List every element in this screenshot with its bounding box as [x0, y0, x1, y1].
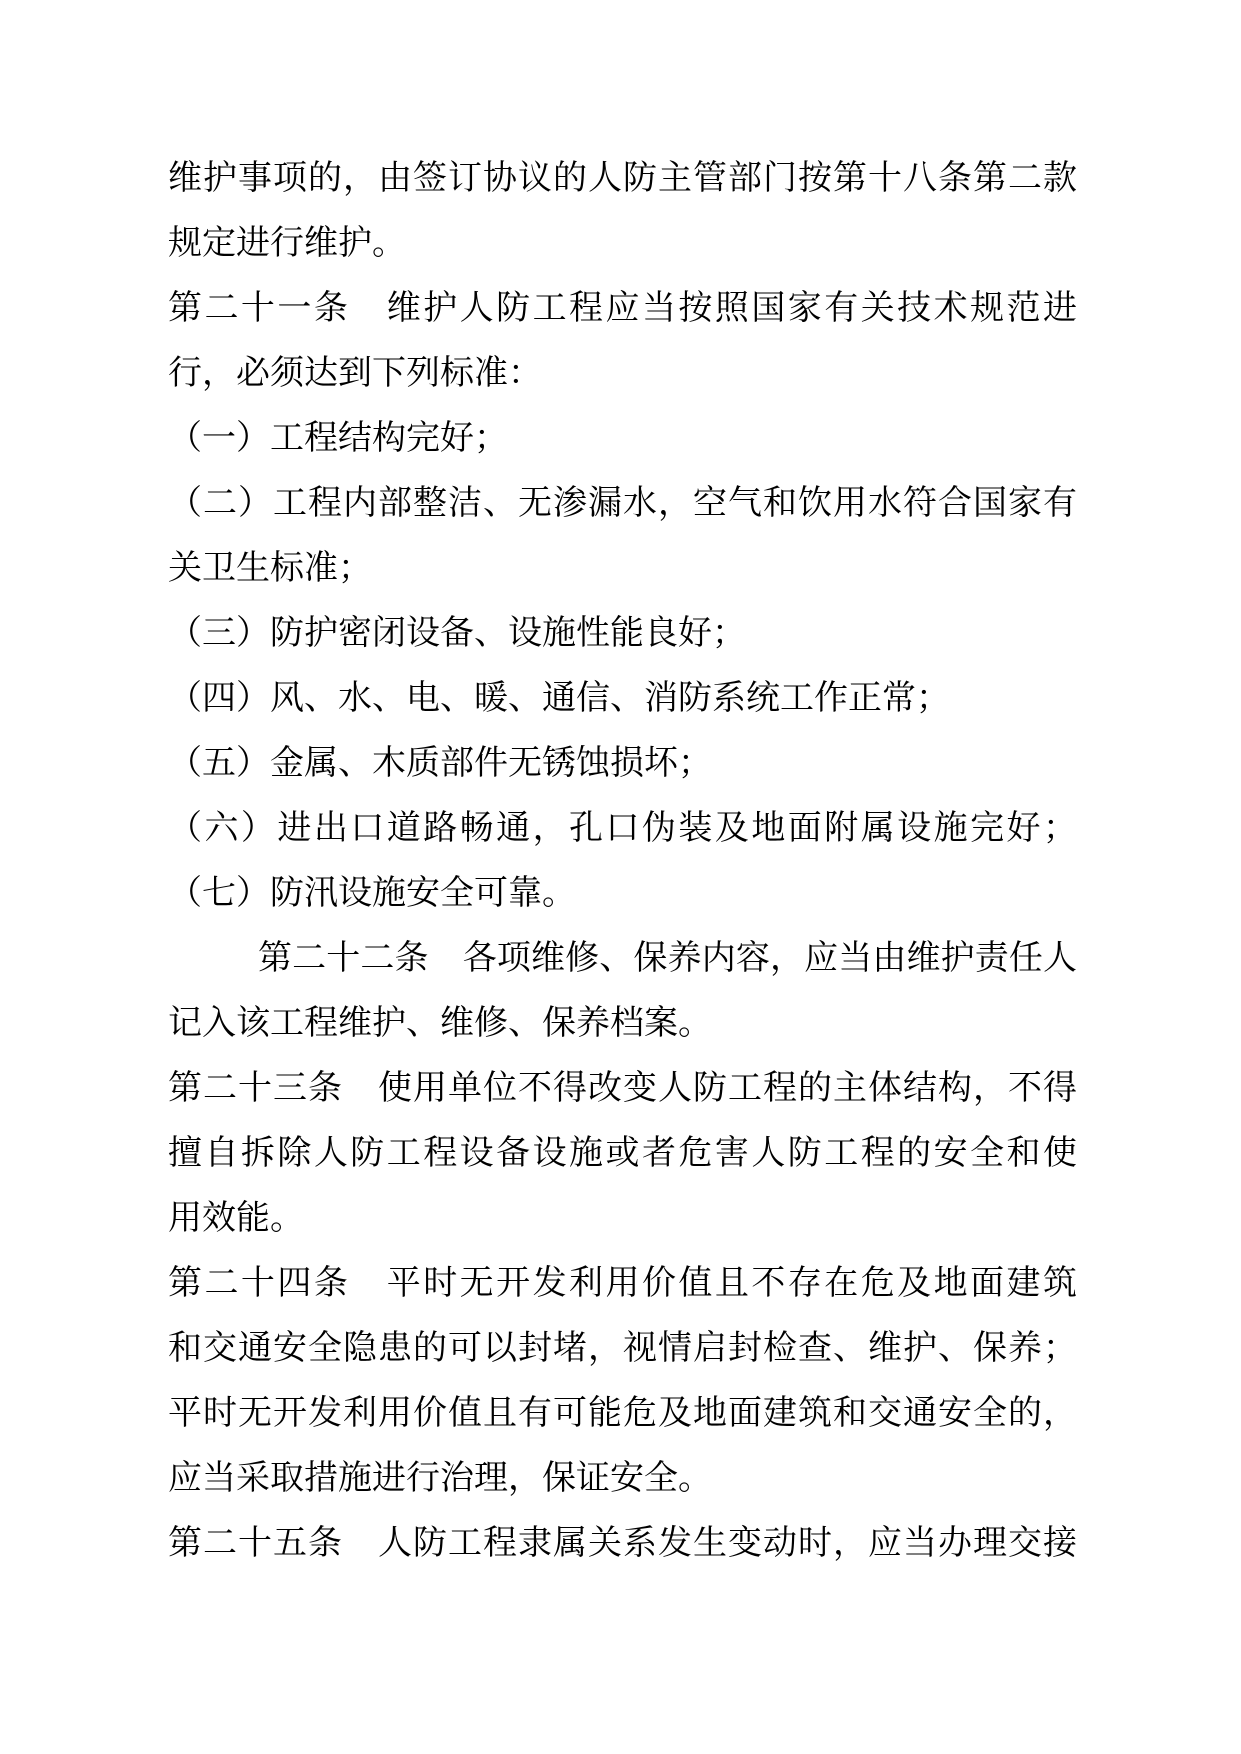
text-line: 关卫生标准； [168, 536, 1077, 601]
text-line: 擅自拆除人防工程设备设施或者危害人防工程的安全和使 [168, 1121, 1077, 1186]
text-line-item-2: （二）工程内部整洁、无渗漏水，空气和饮用水符合国家有 [168, 471, 1077, 536]
text-line: 行，必须达到下列标准： [168, 341, 1077, 406]
text-line: 应当采取措施进行治理，保证安全。 [168, 1446, 1077, 1511]
text-line: 记入该工程维护、维修、保养档案。 [168, 991, 1077, 1056]
text-line-article-25: 第二十五条 人防工程隶属关系发生变动时，应当办理交接 [168, 1511, 1077, 1576]
text-line-item-7: （七）防汛设施安全可靠。 [168, 861, 1077, 926]
text-line-article-21: 第二十一条 维护人防工程应当按照国家有关技术规范进 [168, 276, 1077, 341]
text-line: 和交通安全隐患的可以封堵，视情启封检查、维护、保养； [168, 1316, 1077, 1381]
text-line-item-4: （四）风、水、电、暖、通信、消防系统工作正常； [168, 666, 1077, 731]
text-line: 维护事项的，由签订协议的人防主管部门按第十八条第二款 [168, 146, 1077, 211]
text-line-item-5: （五）金属、木质部件无锈蚀损坏； [168, 731, 1077, 796]
document-page: 维护事项的，由签订协议的人防主管部门按第十八条第二款 规定进行维护。 第二十一条… [0, 0, 1241, 1754]
text-line: 用效能。 [168, 1186, 1077, 1251]
text-line-item-6: （六）进出口道路畅通，孔口伪装及地面附属设施完好； [168, 796, 1077, 861]
text-line-article-23: 第二十三条 使用单位不得改变人防工程的主体结构，不得 [168, 1056, 1077, 1121]
document-text-block: 维护事项的，由签订协议的人防主管部门按第十八条第二款 规定进行维护。 第二十一条… [168, 146, 1077, 1576]
text-line-item-1: （一）工程结构完好； [168, 406, 1077, 471]
text-line-item-3: （三）防护密闭设备、设施性能良好； [168, 601, 1077, 666]
text-line: 规定进行维护。 [168, 211, 1077, 276]
text-line-article-24: 第二十四条 平时无开发利用价值且不存在危及地面建筑 [168, 1251, 1077, 1316]
text-line-article-22: 第二十二条 各项维修、保养内容，应当由维护责任人 [168, 926, 1077, 991]
text-line: 平时无开发利用价值且有可能危及地面建筑和交通安全的， [168, 1381, 1077, 1446]
